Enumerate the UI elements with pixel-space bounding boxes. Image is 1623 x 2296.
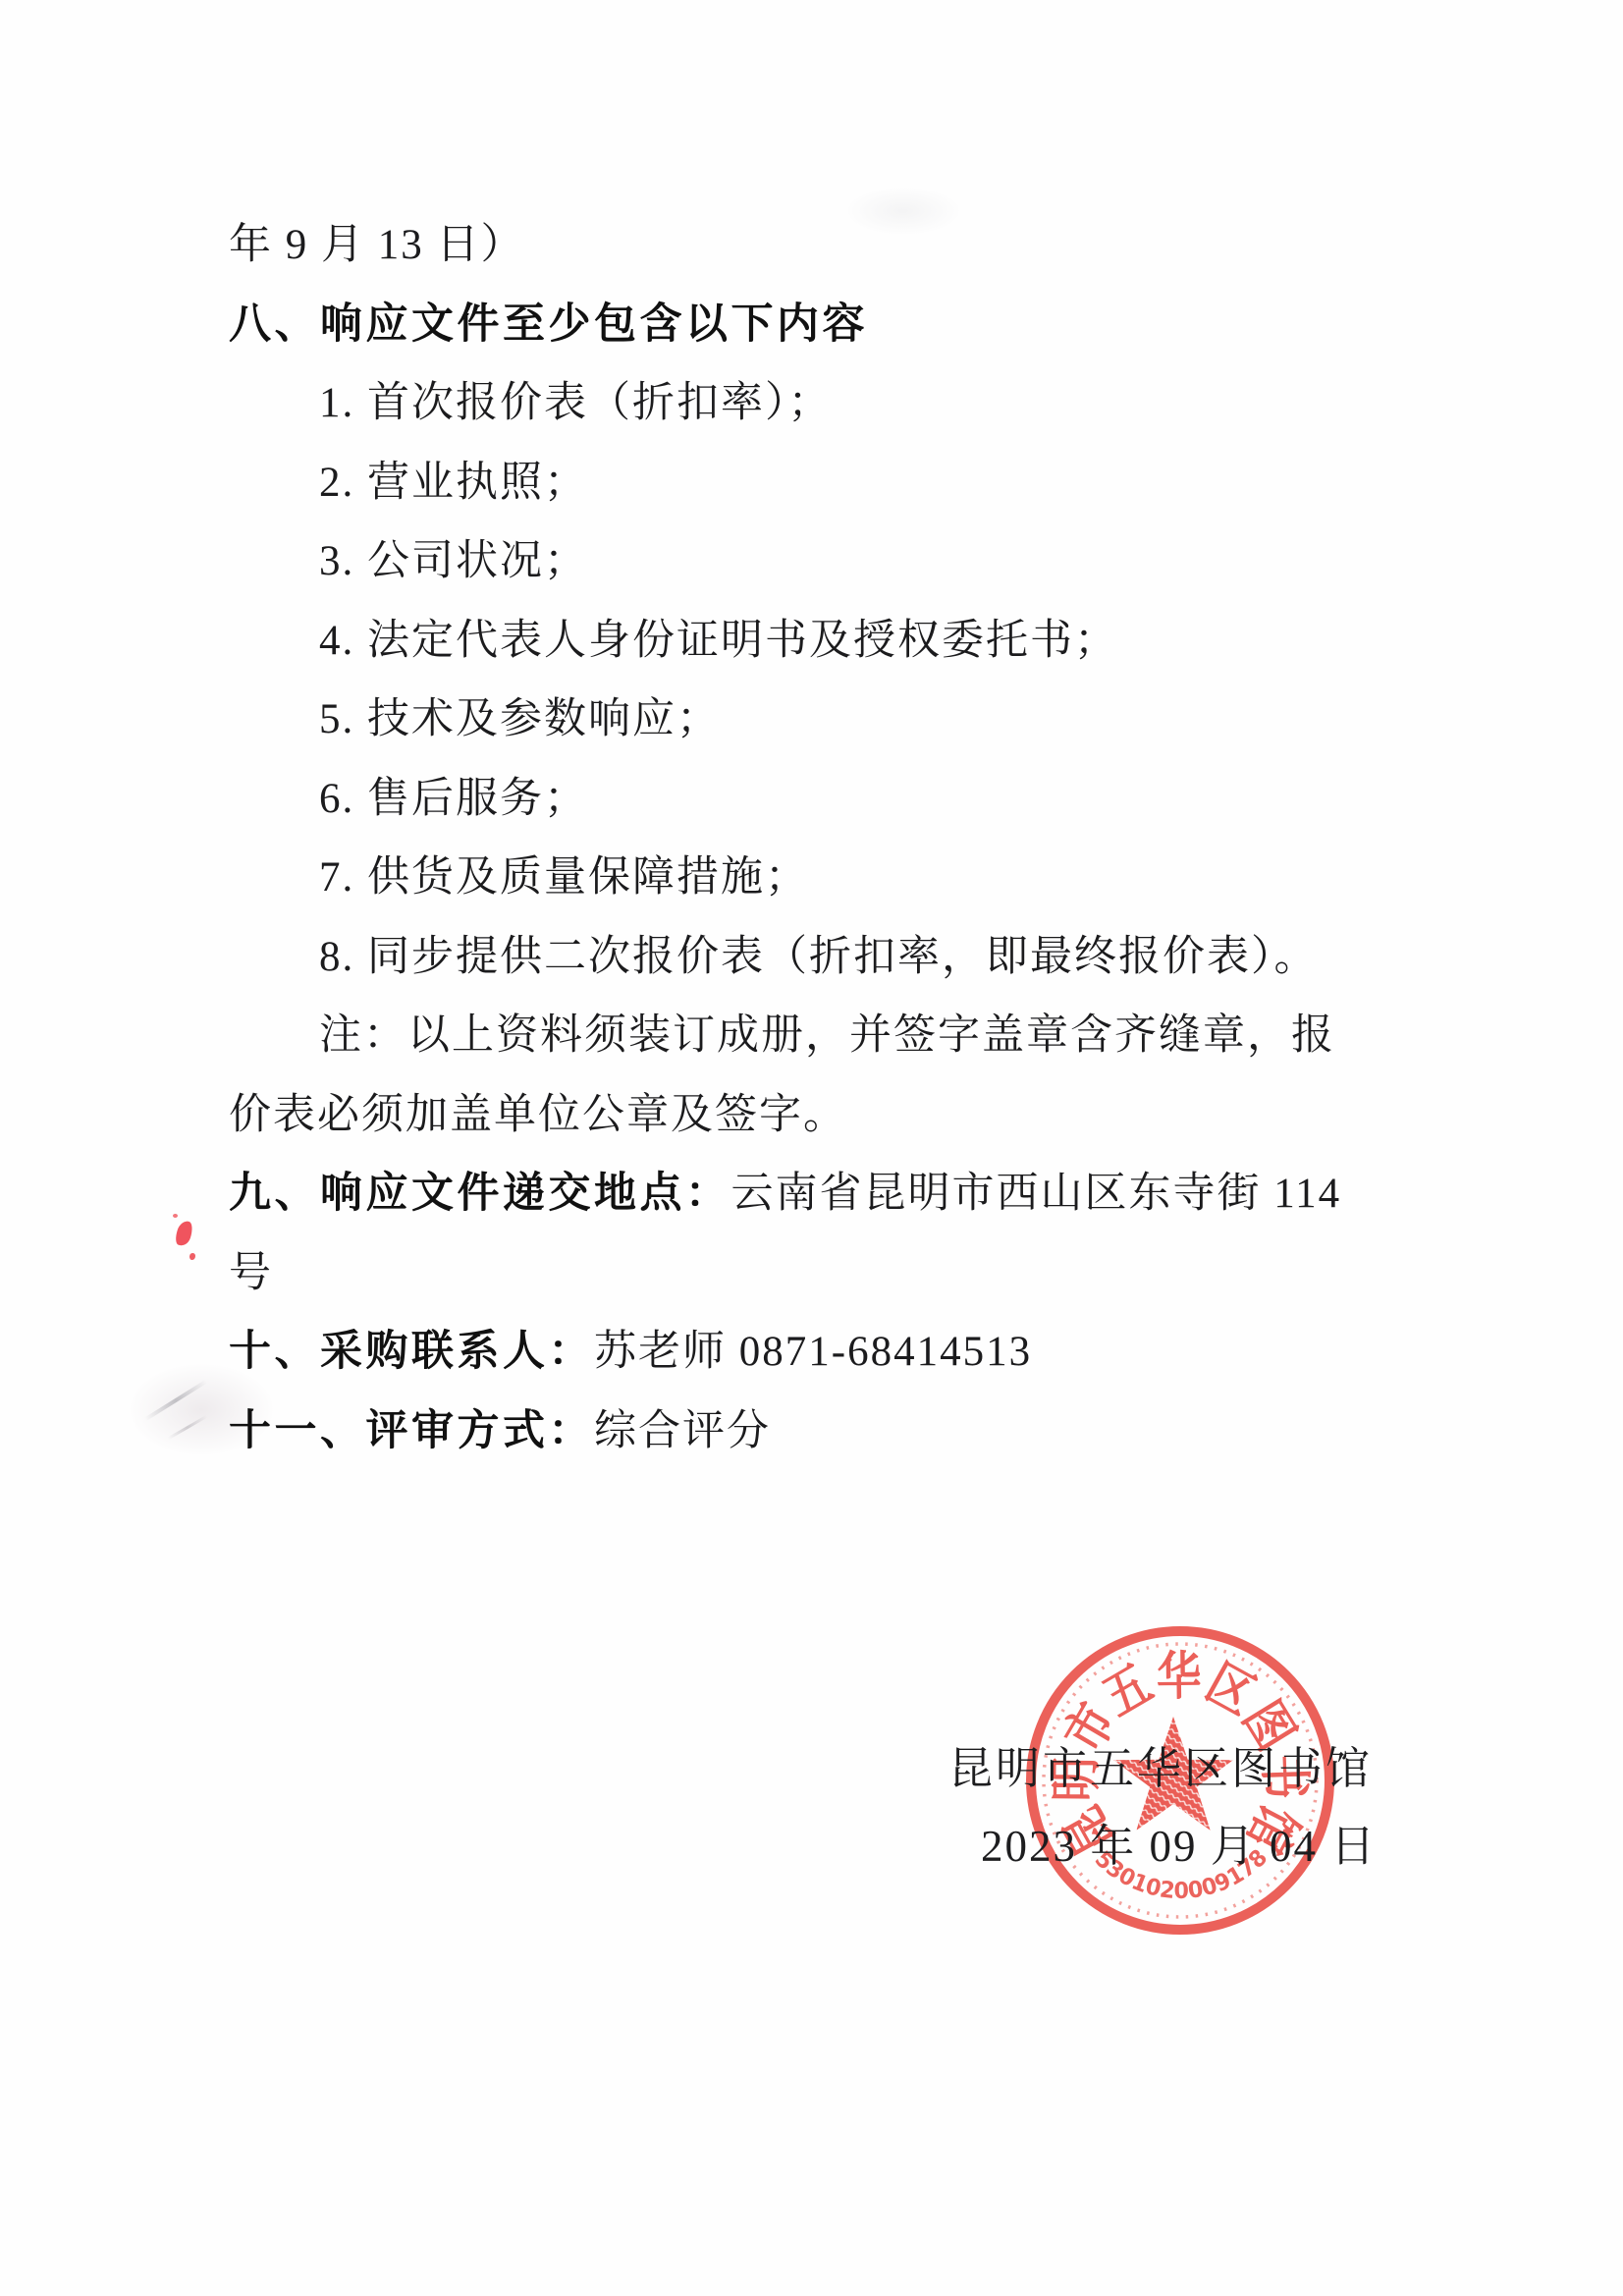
line-text: 6. 售后服务；: [319, 776, 588, 822]
line-text: 号: [229, 1250, 273, 1296]
list-item: 5. 技术及参数响应；: [229, 681, 1397, 760]
scanned-document-page: 昆明市五华区图书馆 5301020009178 年 9 月 13 日） 八、响应…: [0, 0, 1623, 2296]
text-line: 号: [229, 1234, 1397, 1314]
line-text: 云南省昆明市西山区东寺街 114: [731, 1171, 1342, 1217]
line-heading: 九、响应文件递交地点：: [229, 1171, 731, 1217]
text-line: 年 9 月 13 日）: [229, 206, 1397, 286]
list-item: 6. 售后服务；: [229, 760, 1397, 840]
line-heading: 十、采购联系人：: [229, 1329, 594, 1375]
section-heading: 九、响应文件递交地点：云南省昆明市西山区东寺街 114: [229, 1155, 1397, 1234]
signing-date: 2023 年 09 月 04 日: [981, 1810, 1377, 1874]
section-heading: 十、采购联系人：苏老师 0871-68414513: [229, 1313, 1397, 1393]
line-text: 价表必须加盖单位公章及签字。: [229, 1092, 847, 1138]
line-text: 7. 供货及质量保障措施；: [319, 854, 809, 901]
list-item: 3. 公司状况；: [229, 522, 1397, 602]
red-ink-speck: [173, 1214, 178, 1218]
line-heading: 八、响应文件至少包含以下内容: [229, 301, 868, 348]
line-heading: 十一、评审方式：: [229, 1408, 594, 1454]
note-line: 价表必须加盖单位公章及签字。: [229, 1076, 1397, 1156]
line-text: 8. 同步提供二次报价表（折扣率，即最终报价表）。: [319, 934, 1319, 980]
line-text: 综合评分: [594, 1408, 771, 1454]
line-text: 5. 技术及参数响应；: [319, 696, 721, 742]
document-body: 年 9 月 13 日） 八、响应文件至少包含以下内容 1. 首次报价表（折扣率）…: [229, 206, 1397, 1471]
list-item: 2. 营业执照；: [229, 444, 1397, 523]
line-text: 注：以上资料须装订成册，并签字盖章含齐缝章，报: [319, 1012, 1335, 1059]
note-line: 注：以上资料须装订成册，并签字盖章含齐缝章，报: [229, 997, 1397, 1076]
line-text: 2. 营业执照；: [319, 460, 588, 506]
list-item: 8. 同步提供二次报价表（折扣率，即最终报价表）。: [229, 918, 1397, 998]
line-text: 苏老师 0871-68414513: [594, 1329, 1032, 1375]
line-text: 年 9 月 13 日）: [229, 222, 525, 268]
line-text: 3. 公司状况；: [319, 538, 588, 584]
red-ink-speck: [173, 1219, 194, 1247]
list-item: 1. 首次报价表（折扣率）；: [229, 364, 1397, 444]
red-ink-speck: [189, 1253, 195, 1260]
signing-organization: 昆明市五华区图书馆: [948, 1732, 1373, 1796]
list-item: 4. 法定代表人身份证明书及授权委托书；: [229, 602, 1397, 682]
section-heading: 八、响应文件至少包含以下内容: [229, 286, 1397, 365]
list-item: 7. 供货及质量保障措施；: [229, 839, 1397, 918]
line-text: 4. 法定代表人身份证明书及授权委托书；: [319, 618, 1118, 664]
section-heading: 十一、评审方式：综合评分: [229, 1393, 1397, 1472]
line-text: 1. 首次报价表（折扣率）；: [319, 380, 833, 426]
